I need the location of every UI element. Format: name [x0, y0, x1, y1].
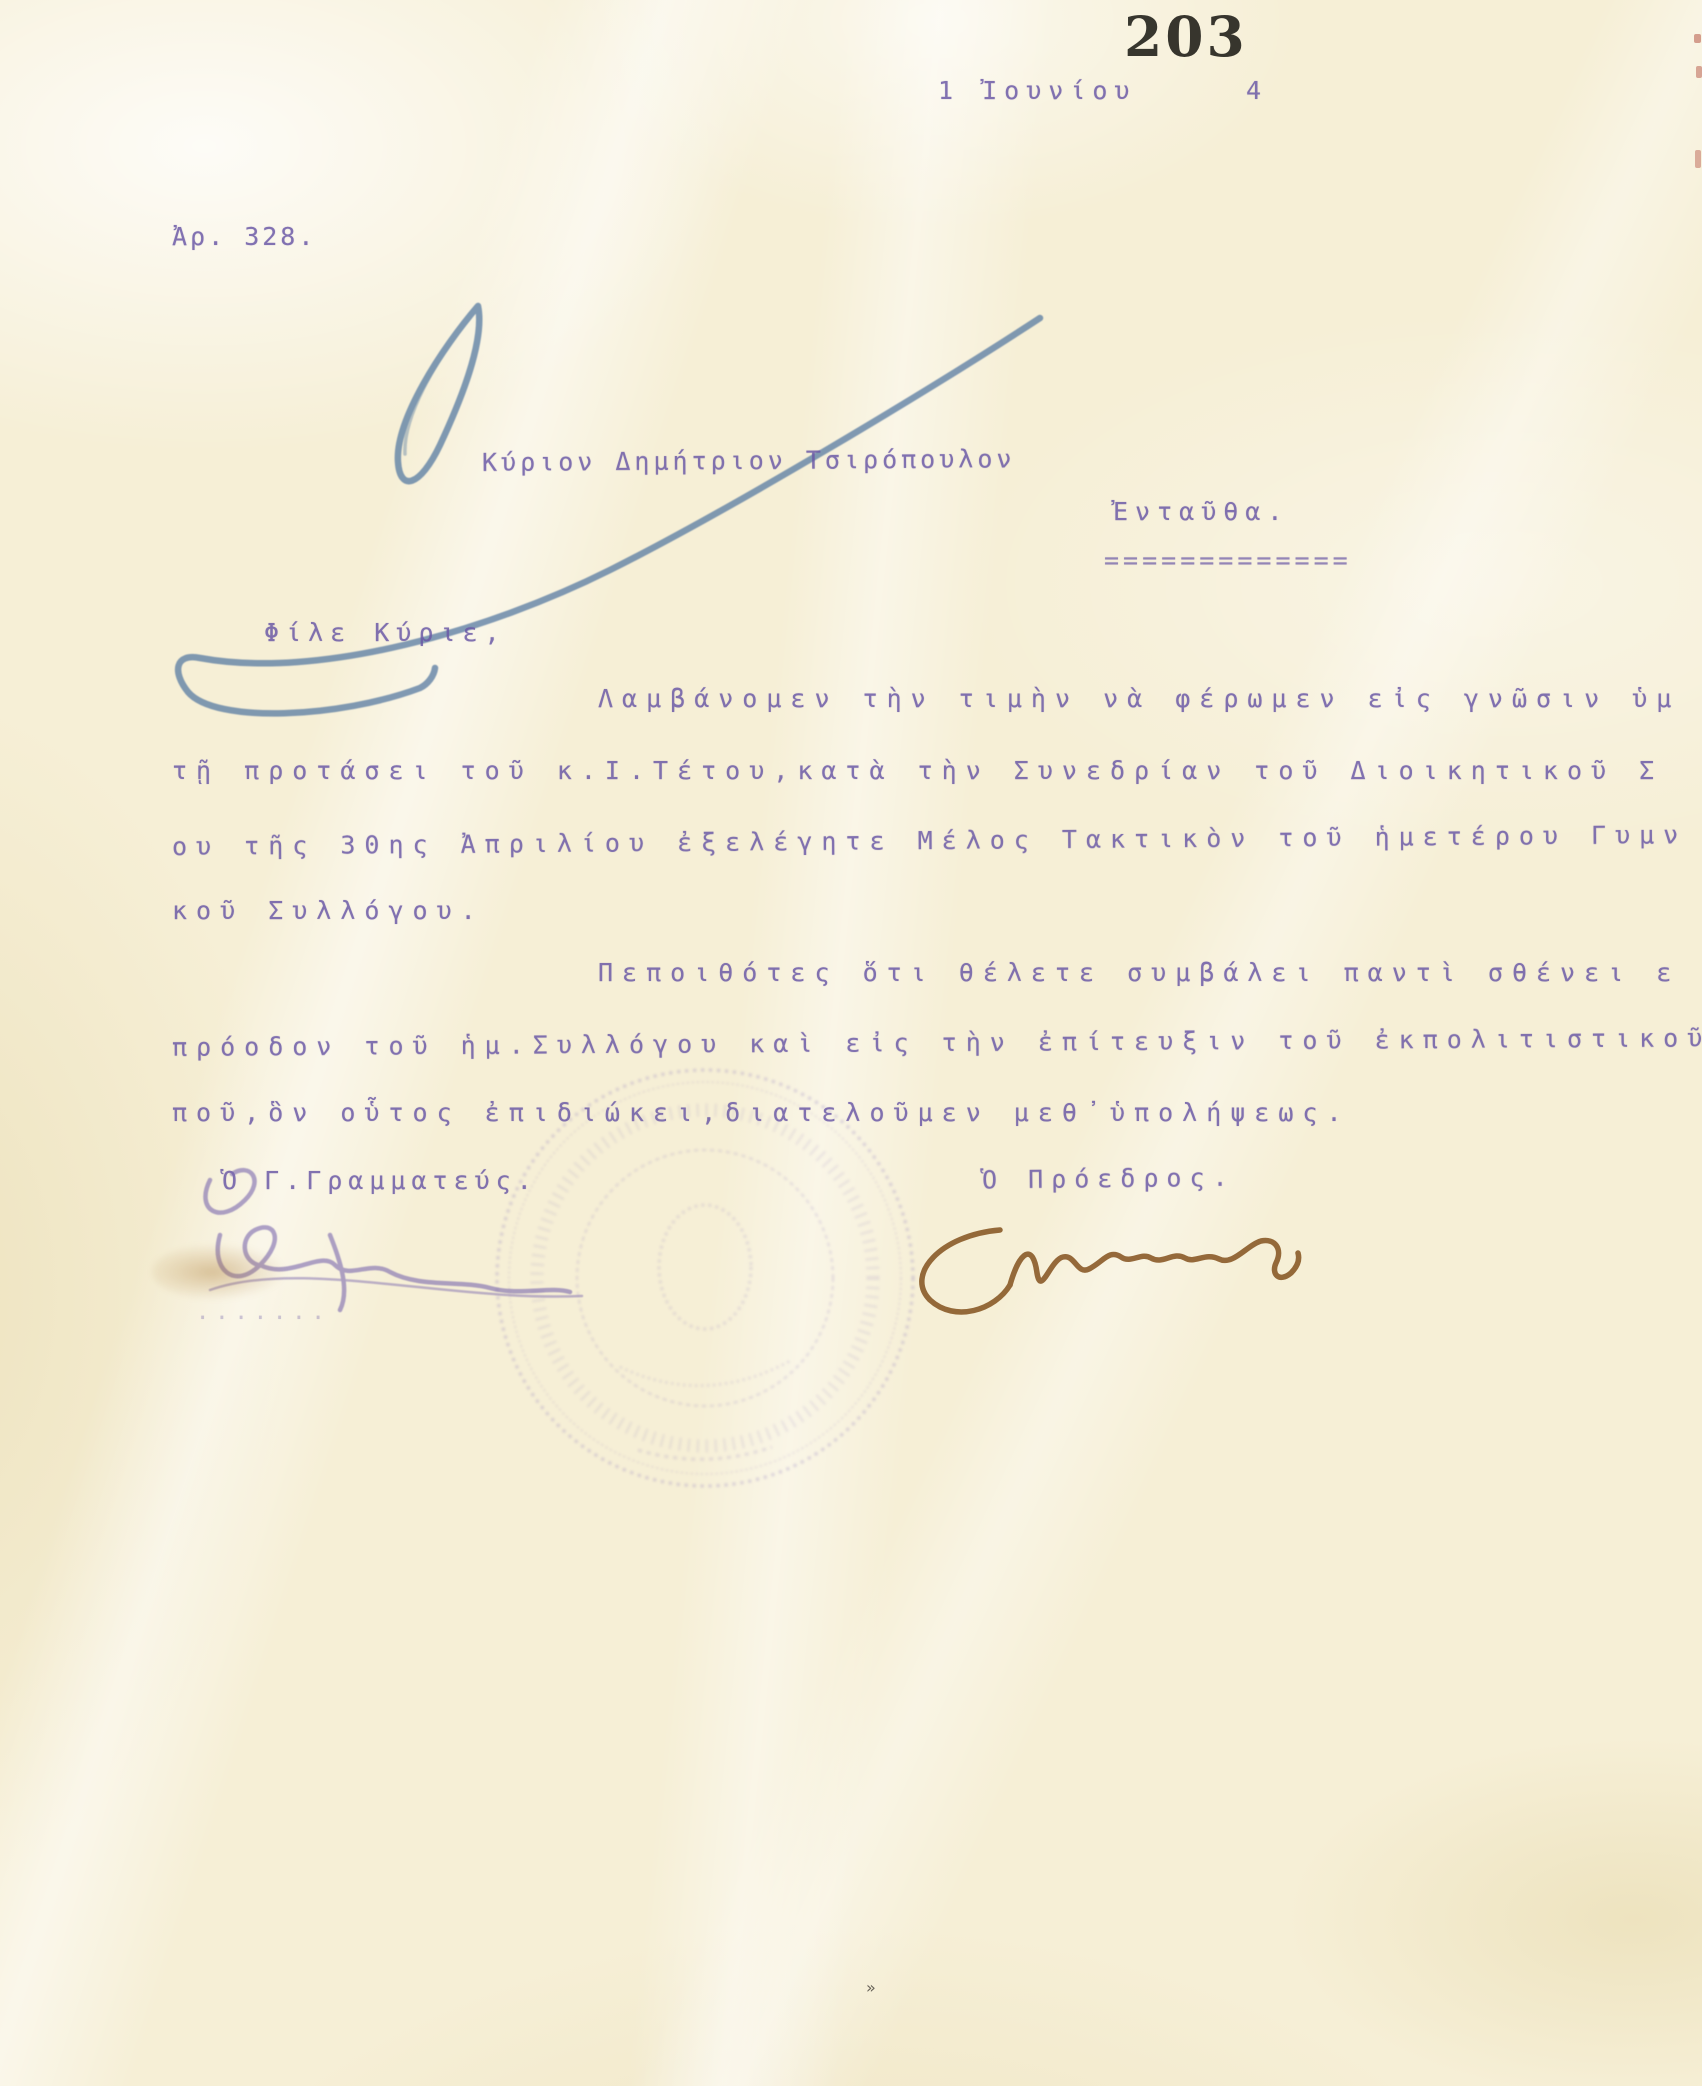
body-line-4: κοῦ Συλλόγου. — [172, 896, 485, 925]
secretary-title: Ὁ Γ.Γραμματεύς. — [222, 1166, 538, 1195]
body-line-1: Λαμβάνομεν τὴν τιμὴν νὰ φέρωμεν εἰς γνῶσ… — [598, 684, 1680, 713]
date-day-month: 1 Ἰουνίου — [938, 76, 1136, 105]
body-line-7: ποῦ,ὃν οὗτος ἐπιδιώκει,διατελοῦμεν μεθ᾿ὑ… — [172, 1098, 1351, 1127]
body-line-3: ου τῆς 30ης Ἀπριλίου ἐξελέγητε Μέλος Τακ… — [172, 820, 1687, 861]
page-number-stamp: 203 — [1124, 4, 1248, 69]
edge-red-tick — [1696, 66, 1702, 78]
bottom-speck-mark: » — [866, 1978, 876, 1997]
date-digit: 4 — [1246, 76, 1261, 105]
edge-red-tick — [1694, 34, 1701, 43]
scanned-letter-page: 203 1 Ἰουνίου 4 Ἀρ. 328. Κύριον Δημήτριο… — [0, 0, 1702, 2086]
blue-pencil-mark — [90, 240, 1050, 720]
body-line-2: τῇ προτάσει τοῦ κ.Ι.Τέτου,κατὰ τὴν Συνεδ… — [172, 756, 1663, 785]
reference-number: Ἀρ. 328. — [172, 222, 316, 251]
edge-red-tick — [1695, 150, 1701, 168]
president-signature — [885, 1205, 1315, 1335]
salutation: Φίλε Κύριε, — [264, 618, 507, 647]
ink-stain — [152, 1243, 287, 1301]
recipient-underline: ============= — [1104, 546, 1352, 575]
recipient-location: Ἐνταῦθα. — [1113, 497, 1289, 526]
body-line-6: πρόοδον τοῦ ἡμ.Συλλόγου καὶ εἰς τὴν ἐπίτ… — [172, 1023, 1702, 1061]
recipient-name: Κύριον Δημήτριον Τσιρόπουλον — [482, 444, 1016, 477]
president-title: Ὁ Πρόεδρος. — [982, 1163, 1236, 1195]
body-line-5: Πεποιθότες ὅτι θέλετε συμβάλει παντὶ σθέ… — [598, 958, 1680, 987]
faint-dots: ······· — [196, 1306, 331, 1331]
